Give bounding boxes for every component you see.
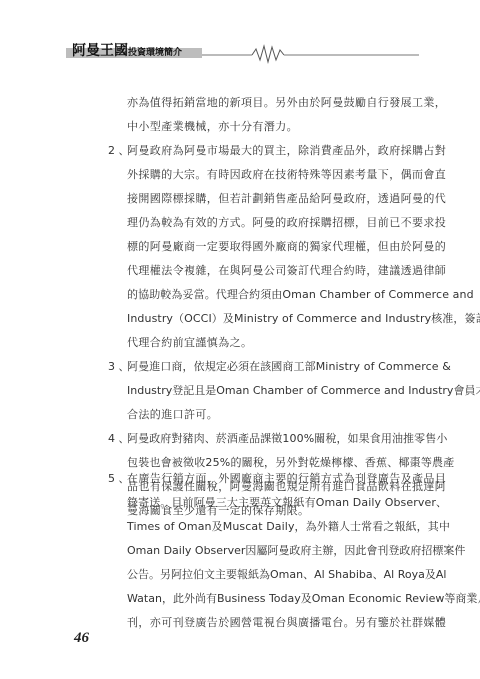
text-line: 阿曼進口商，依規定必須在該國商工部Ministry of Commerce & <box>127 360 451 374</box>
text-line: Times of Oman及Muscat Daily，為外籍人士常看之報紙，其中 <box>127 520 450 534</box>
text-line: 刊，亦可刊登廣告於國營電視台與廣播電台。另有鑒於社群媒體 <box>127 616 446 630</box>
text-line: 阿曼政府為阿曼市場最大的買主，除消費產品外，政府採購占對 <box>127 144 446 158</box>
text-line: 外採購的大宗。有時因政府在技術特殊等因素考量下，偶而會直 <box>127 168 446 182</box>
text-line: 合法的進口許可。 <box>127 408 218 422</box>
text-line: 阿曼政府對豬肉、菸酒產品課徵100%關稅，如果食用油推零售小 <box>127 432 447 446</box>
text-line: 標的阿曼廠商一定要取得國外廠商的獨家代理權，但由於阿曼的 <box>127 240 446 254</box>
text-line: 錄寄送。目前阿曼三大主要英文報紙有Oman Daily Observer、 <box>127 496 447 510</box>
text-line: 接開國際標採購，但若計劃銷售產品給阿曼政府，透過阿曼的代 <box>127 192 446 206</box>
text-line: 理仍為較為有效的方式。阿曼的政府採購招標，目前已不要求投 <box>127 216 446 230</box>
running-header: 阿曼王國投資環境簡介 <box>66 40 426 64</box>
text-line: Industry（OCCI）及Ministry of Commerce and … <box>127 312 480 326</box>
page-number: 46 <box>74 630 89 647</box>
header-title: 阿曼王國投資環境簡介 <box>72 42 182 61</box>
text-line: 代理合約前宜謹慎為之。 <box>127 336 252 350</box>
text-line: Watan，此外尚有Business Today及Oman Economic R… <box>127 592 480 606</box>
text-line: 代理權法令複雜，在與阿曼公司簽訂代理合約時，建議透過律師 <box>127 264 446 278</box>
header-title-sub: 投資環境簡介 <box>128 48 182 58</box>
text-line: 包裝也會被徵收25%的關稅，另外對乾燥檸檬、香蕉、椰棗等農產 <box>127 456 454 470</box>
text-line: 亦為值得拓銷當地的新項目。另外由於阿曼鼓勵自行發展工業， <box>127 96 446 110</box>
text-line: Oman Daily Observer因屬阿曼政府主辦，因此會刊登政府招標案件 <box>127 544 465 558</box>
text-line: 中小型產業機械，亦十分有潛力。 <box>127 120 298 134</box>
header-title-main: 阿曼王國 <box>72 43 128 59</box>
text-line: Industry登記且是Oman Chamber of Commerce and… <box>127 384 480 398</box>
text-line: 在廣告行銷方面，外國廠商主要的行銷方式為刊登廣告及產品目 <box>127 472 446 486</box>
text-line: 公告。另阿拉伯文主要報紙為Oman、Al Shabiba、Al Roya及Al <box>127 568 446 582</box>
text-line: 的協助較為妥當。代理合約須由Oman Chamber of Commerce a… <box>127 288 474 302</box>
